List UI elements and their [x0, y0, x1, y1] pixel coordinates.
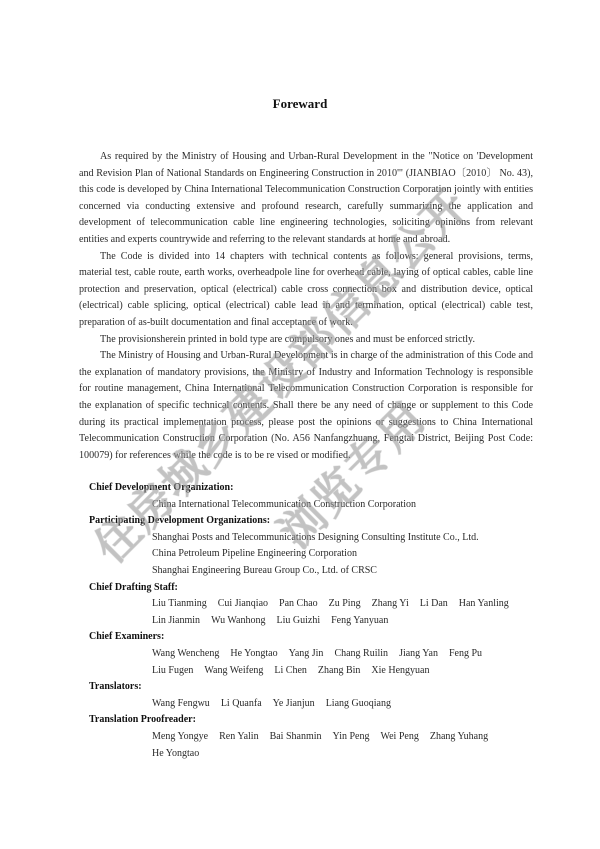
credit-name: He Yongtao	[152, 748, 199, 759]
credit-line: China International Telecommunication Co…	[89, 497, 549, 514]
credit-name: Yin Peng	[333, 731, 370, 742]
credit-name: Feng Yanyuan	[331, 615, 388, 626]
credit-name: Liang Guoqiang	[326, 698, 391, 709]
credit-name: Chang Ruilin	[334, 648, 388, 659]
credit-heading: Chief Drafting Staff:	[89, 580, 549, 597]
credit-heading: Participating Development Organizations:	[89, 513, 549, 530]
credit-name: Wang Fengwu	[152, 698, 210, 709]
credit-name: China Petroleum Pipeline Engineering Cor…	[152, 548, 357, 559]
credit-line: Wang FengwuLi QuanfaYe JianjunLiang Guoq…	[89, 696, 549, 713]
credit-name: He Yongtao	[230, 648, 277, 659]
credit-name: Zu Ping	[329, 598, 361, 609]
credit-line: He Yongtao	[89, 746, 549, 763]
credit-name: Ren Yalin	[219, 731, 258, 742]
credit-name: Zhang Yuhang	[430, 731, 488, 742]
credit-name: Shanghai Engineering Bureau Group Co., L…	[152, 565, 377, 576]
credit-heading: Translation Proofreader:	[89, 712, 549, 729]
credit-heading: Translators:	[89, 679, 549, 696]
document-page: Foreward As required by the Ministry of …	[0, 0, 600, 849]
credit-name: Wu Wanhong	[211, 615, 265, 626]
credit-name: Liu Guizhi	[277, 615, 321, 626]
credit-heading: Chief Examiners:	[89, 629, 549, 646]
credit-name: Meng Yongye	[152, 731, 208, 742]
credit-name: Li Dan	[420, 598, 448, 609]
credit-line: Liu TianmingCui JianqiaoPan ChaoZu PingZ…	[89, 596, 549, 613]
paragraph-intro: As required by the Ministry of Housing a…	[79, 149, 533, 249]
foreword-body: As required by the Ministry of Housing a…	[79, 149, 533, 464]
credit-line: Wang WenchengHe YongtaoYang JinChang Rui…	[89, 646, 549, 663]
credit-name: Cui Jianqiao	[218, 598, 268, 609]
credit-name: Ye Jianjun	[273, 698, 315, 709]
credit-name: Wang Wencheng	[152, 648, 219, 659]
credit-name: Han Yanling	[459, 598, 509, 609]
paragraph-chapters: The Code is divided into 14 chapters wit…	[79, 249, 533, 332]
credit-line: Shanghai Engineering Bureau Group Co., L…	[89, 563, 549, 580]
credit-name: Bai Shanmin	[270, 731, 322, 742]
credit-name: Lin Jianmin	[152, 615, 200, 626]
credit-name: Zhang Bin	[318, 665, 361, 676]
credit-line: Shanghai Posts and Telecommunications De…	[89, 530, 549, 547]
credit-line: China Petroleum Pipeline Engineering Cor…	[89, 546, 549, 563]
credit-name: Feng Pu	[449, 648, 482, 659]
paragraph-administration: The Ministry of Housing and Urban-Rural …	[79, 348, 533, 464]
credit-name: Yang Jin	[289, 648, 324, 659]
page-title: Foreward	[0, 96, 600, 112]
credit-line: Liu FugenWang WeifengLi ChenZhang BinXie…	[89, 663, 549, 680]
credit-line: Lin JianminWu WanhongLiu GuizhiFeng Yany…	[89, 613, 549, 630]
credit-name: Wei Peng	[380, 731, 418, 742]
credit-name: Xie Hengyuan	[371, 665, 429, 676]
credit-name: Zhang Yi	[372, 598, 409, 609]
credit-name: China International Telecommunication Co…	[152, 499, 416, 510]
paragraph-bold-provisions: The provisionsherein printed in bold typ…	[79, 332, 533, 349]
credit-name: Pan Chao	[279, 598, 318, 609]
credit-name: Shanghai Posts and Telecommunications De…	[152, 532, 479, 543]
credit-name: Li Quanfa	[221, 698, 262, 709]
credit-line: Meng YongyeRen YalinBai ShanminYin PengW…	[89, 729, 549, 746]
credit-name: Li Chen	[274, 665, 307, 676]
credit-heading: Chief Development Organization:	[89, 480, 549, 497]
credit-name: Liu Fugen	[152, 665, 193, 676]
credit-name: Liu Tianming	[152, 598, 207, 609]
credits-section: Chief Development Organization:China Int…	[89, 480, 549, 762]
credit-name: Wang Weifeng	[204, 665, 263, 676]
credit-name: Jiang Yan	[399, 648, 438, 659]
